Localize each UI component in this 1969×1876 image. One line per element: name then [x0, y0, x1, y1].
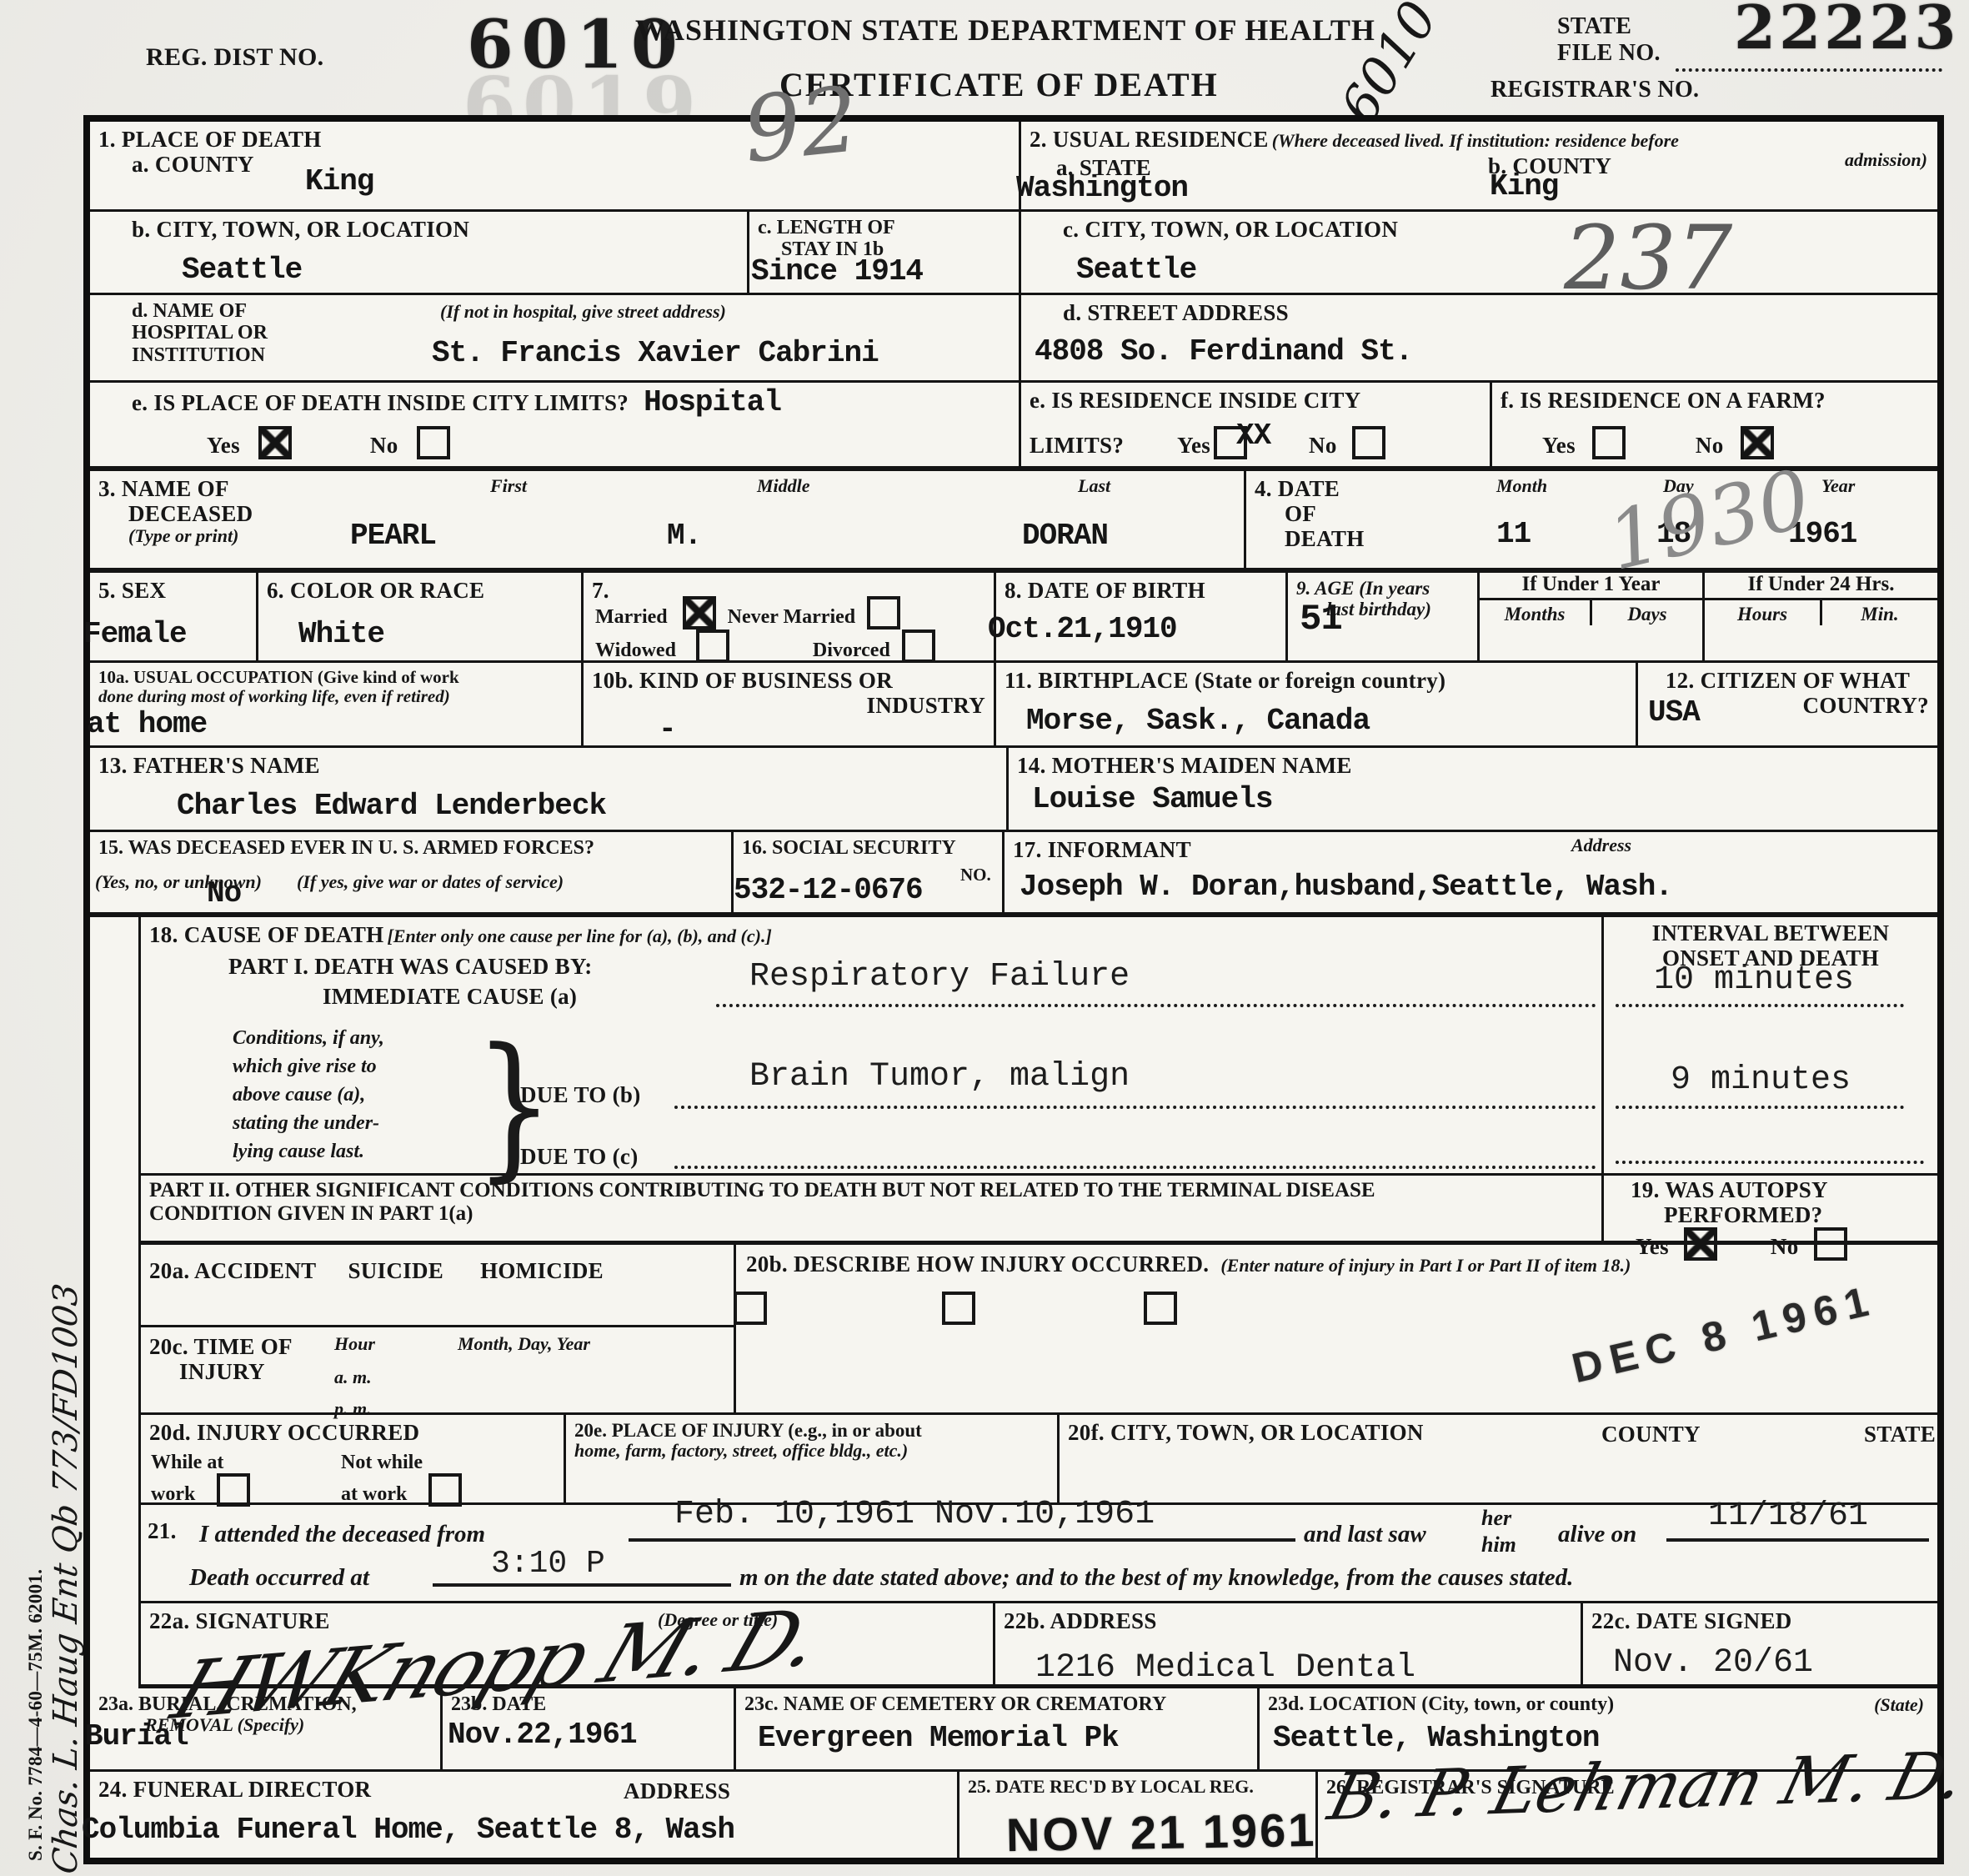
- conditions-line5: lying cause last.: [233, 1137, 384, 1166]
- signature-label: 22a. SIGNATURE: [149, 1608, 330, 1633]
- time-of-injury-label2: INJURY: [179, 1359, 725, 1384]
- cause-label: 18. CAUSE OF DEATH: [149, 922, 383, 947]
- residence-limits-label2: LIMITS?: [1030, 433, 1124, 458]
- hospital-value: St. Francis Xavier Cabrini: [432, 339, 879, 369]
- field-length-of-stay: c. LENGTH OF STAY IN 1b Since 1914: [749, 212, 1021, 293]
- interval-label1: INTERVAL BETWEEN: [1604, 917, 1937, 946]
- autopsy-yes-label: Yes: [1636, 1234, 1669, 1259]
- last-saw-label: and last saw: [1304, 1522, 1426, 1548]
- file-no-label: FILE NO.: [1557, 40, 1661, 66]
- forces-note2: (If yes, give war or dates of service): [297, 872, 564, 892]
- date-signed-label: 22c. DATE SIGNED: [1591, 1608, 1929, 1633]
- residence-county-value: King: [1490, 172, 1558, 202]
- age-label2: last birthday): [1326, 599, 1469, 619]
- interval-a-rule: [1616, 1004, 1904, 1007]
- field-informant: 17. INFORMANT Address Joseph W. Doran,hu…: [1005, 832, 1937, 912]
- mother-value: Louise Samuels: [1032, 785, 1272, 815]
- injury-occurred-label: 20d. INJURY OCCURRED: [149, 1420, 555, 1445]
- interval-c-rule: [1616, 1161, 1924, 1164]
- am-header: a. m.: [334, 1367, 372, 1387]
- informant-address-header: Address: [1571, 835, 1631, 855]
- name-label1: 3. NAME OF: [98, 476, 1235, 501]
- field-residence-city-limits: e. IS RESIDENCE INSIDE CITY LIMITS? YesX…: [1021, 383, 1492, 466]
- hours-header: Hours: [1705, 600, 1820, 625]
- autopsy-label1: 19. WAS AUTOPSY: [1631, 1177, 1931, 1202]
- field-age: 9. AGE (In years last birthday) 51: [1288, 573, 1480, 660]
- reg-dist-label: REG. DIST NO.: [146, 43, 323, 72]
- divorced-label: Divorced: [813, 640, 890, 661]
- conditions-line3: above cause (a),: [233, 1081, 384, 1109]
- age-label1: 9. AGE (In years: [1296, 578, 1469, 599]
- while-at-work-checkbox: [217, 1473, 250, 1507]
- field-date-signed: 22c. DATE SIGNED Nov. 20/61: [1583, 1603, 1937, 1684]
- field-hospital: d. NAME OF HOSPITAL OR INSTITUTION (If n…: [90, 295, 1021, 380]
- cause-c-rule: [674, 1166, 1596, 1169]
- death-limits-no-checkbox: [417, 426, 450, 459]
- last-header: Last: [1078, 476, 1110, 496]
- industry-label2: INDUSTRY: [592, 693, 985, 718]
- birthplace-label: 11. BIRTHPLACE (State or foreign country…: [1005, 668, 1627, 693]
- funeral-address-header: ADDRESS: [624, 1778, 730, 1803]
- months-header: Months: [1480, 600, 1590, 625]
- death-occurred-label: Death occurred at: [189, 1565, 369, 1592]
- suicide-label: SUICIDE: [348, 1258, 443, 1283]
- under-24-hrs-header: If Under 24 Hrs.: [1705, 573, 1937, 600]
- field-death-city-limits: e. IS PLACE OF DEATH INSIDE CITY LIMITS?…: [90, 383, 1021, 466]
- registrars-no-label: REGISTRAR'S NO.: [1491, 77, 1699, 103]
- year-header: Year: [1821, 476, 1855, 496]
- field-residence-city: c. CITY, TOWN, OR LOCATION Seattle: [1021, 212, 1937, 293]
- residence-limits-no-label: No: [1309, 433, 1337, 458]
- medical-cert-strip: [90, 917, 141, 1688]
- field-date-received: 25. DATE REC'D BY LOCAL REG. NOV 21 1961: [959, 1772, 1318, 1858]
- field-cemetery: 23c. NAME OF CEMETERY OR CREMATORY Everg…: [736, 1688, 1260, 1769]
- divorced-checkbox: [902, 630, 935, 663]
- received-stamp-dec8: DEC 8 1961: [1567, 1276, 1881, 1392]
- cemetery-label: 23c. NAME OF CEMETERY OR CREMATORY: [744, 1693, 1249, 1715]
- due-to-b-label: DUE TO (b): [520, 1082, 641, 1107]
- race-value: White: [298, 619, 384, 650]
- attended-from-value: Feb. 10,1961 Nov.10,1961: [674, 1498, 1155, 1532]
- conditions-line1: Conditions, if any,: [233, 1024, 384, 1052]
- residence-city-label: c. CITY, TOWN, OR LOCATION: [1063, 217, 1929, 242]
- never-married-label: Never Married: [728, 606, 855, 628]
- death-limits-yes-checkbox: [258, 426, 292, 459]
- time-of-injury-label1: 20c. TIME OF: [149, 1334, 725, 1359]
- field-time-of-injury: 20c. TIME OF INJURY Hour a. m. p. m. Mon…: [141, 1327, 734, 1412]
- certificate-form: 1. PLACE OF DEATH a. COUNTY King 2. USUA…: [83, 115, 1944, 1864]
- accident-column: 20a. ACCIDENT SUICIDE HOMICIDE 20c. TIME…: [141, 1245, 736, 1412]
- field-mother-name: 14. MOTHER'S MAIDEN NAME Louise Samuels: [1009, 748, 1937, 830]
- interval-b-value: 9 minutes: [1671, 1064, 1851, 1097]
- cause-area: 18. CAUSE OF DEATH [Enter only one cause…: [141, 917, 1604, 1173]
- city-value: Seattle: [182, 255, 302, 285]
- place-of-death-label: 1. PLACE OF DEATH: [98, 127, 1010, 152]
- medical-certification-block: 18. CAUSE OF DEATH [Enter only one cause…: [90, 917, 1937, 1688]
- hospital-value2: Hospital: [644, 385, 781, 419]
- interval-a-value: 10 minutes: [1654, 964, 1854, 997]
- field-father-name: 13. FATHER'S NAME Charles Edward Lenderb…: [90, 748, 1009, 830]
- row-injury-type: 20a. ACCIDENT SUICIDE HOMICIDE 20c. TIME…: [141, 1245, 1937, 1415]
- attended-num: 21.: [148, 1518, 177, 1543]
- mother-label: 14. MOTHER'S MAIDEN NAME: [1017, 753, 1929, 778]
- row-personal: 5. SEX Female 6. COLOR OR RACE White 7. …: [90, 573, 1937, 663]
- usual-residence-note: (Where deceased lived. If institution: r…: [1272, 130, 1679, 151]
- attended-rule2: [1666, 1538, 1929, 1542]
- field-place-of-death: 1. PLACE OF DEATH a. COUNTY King: [90, 122, 1021, 209]
- row-occupation: 10a. USUAL OCCUPATION (Give kind of work…: [90, 663, 1937, 748]
- certifier-address-label: 22b. ADDRESS: [1004, 1608, 1572, 1633]
- death-limits-no-label: No: [370, 433, 398, 458]
- married-checkbox: [683, 596, 716, 630]
- death-month-value: 11: [1496, 519, 1531, 549]
- him-label: him: [1481, 1533, 1516, 1557]
- field-name-of-deceased: 3. NAME OF DECEASED (Type or print) Firs…: [90, 471, 1246, 568]
- residence-limits-yes-mark: XX: [1236, 421, 1270, 451]
- alive-on-label: alive on: [1558, 1522, 1636, 1548]
- field-birthplace: 11. BIRTHPLACE (State or foreign country…: [996, 663, 1638, 745]
- injury-state-header: STATE: [1864, 1422, 1936, 1447]
- field-date-of-death: 4. DATE OF DEATH Month Day Year 11 18 19…: [1246, 471, 1937, 568]
- date-received-stamp: NOV 21 1961: [1005, 1803, 1316, 1862]
- length-of-stay-value: Since 1914: [751, 257, 923, 287]
- month-header: Month: [1496, 476, 1547, 496]
- death-time-value: 3:10 P: [491, 1548, 605, 1580]
- interval-b-rule: [1616, 1106, 1904, 1109]
- date-signed-value: Nov. 20/61: [1613, 1647, 1813, 1680]
- death-time-rule: [433, 1583, 731, 1587]
- cause-b-rule: [674, 1106, 1596, 1109]
- industry-label1: 10b. KIND OF BUSINESS OR: [592, 668, 985, 693]
- state-file-label: STATE: [1557, 13, 1631, 39]
- sex-label: 5. SEX: [98, 578, 248, 603]
- conditions-line4: stating the under-: [233, 1109, 384, 1137]
- conditions-note: Conditions, if any, which give rise to a…: [233, 1024, 384, 1166]
- cause-a-rule: [716, 1004, 1596, 1007]
- county-value: King: [305, 167, 373, 197]
- residence-limits-yes-label: Yes: [1177, 433, 1210, 458]
- file-no-rule: [1676, 68, 1942, 72]
- row-attended: 21. I attended the deceased from Feb. 10…: [141, 1505, 1937, 1603]
- street-address-value: 4808 So. Ferdinand St.: [1035, 337, 1412, 367]
- county-label: a. COUNTY: [132, 152, 1010, 177]
- mdy-header: Month, Day, Year: [458, 1334, 590, 1354]
- first-name-value: PEARL: [350, 521, 436, 551]
- residence-limits-no-checkbox: [1352, 426, 1385, 459]
- hospital-note: (If not in hospital, give street address…: [440, 302, 726, 322]
- dob-value: Oct.21,1910: [988, 614, 1177, 645]
- informant-label: 17. INFORMANT: [1013, 837, 1929, 862]
- ssn-value: 532-12-0676: [734, 875, 923, 905]
- place-of-injury-label1: 20e. PLACE OF INJURY (e.g., in or about: [574, 1420, 1049, 1441]
- residence-limits-label: e. IS RESIDENCE INSIDE CITY: [1030, 388, 1481, 413]
- field-under-1-year: If Under 1 Year Months Days: [1480, 573, 1705, 660]
- row-forces-ssn-informant: 15. WAS DECEASED EVER IN U. S. ARMED FOR…: [90, 832, 1937, 917]
- field-describe-injury: 20b. DESCRIBE HOW INJURY OCCURRED. (Ente…: [736, 1245, 1937, 1412]
- not-while-at-work-checkbox: [428, 1473, 462, 1507]
- death-limits-yes-label: Yes: [207, 433, 240, 458]
- ssn-label2: NO.: [960, 865, 991, 885]
- immediate-cause-label: IMMEDIATE CAUSE (a): [323, 984, 577, 1009]
- field-residence-farm: f. IS RESIDENCE ON A FARM? Yes No: [1492, 383, 1937, 466]
- field-place-of-injury: 20e. PLACE OF INJURY (e.g., in or about …: [566, 1415, 1060, 1502]
- field-funeral-director: 24. FUNERAL DIRECTOR ADDRESS Columbia Fu…: [90, 1772, 959, 1858]
- usual-residence-note2: admission): [1845, 150, 1927, 170]
- autopsy-no-checkbox: [1814, 1227, 1847, 1261]
- citizen-value: USA: [1648, 698, 1700, 728]
- occupation-label2: done during most of working life, even i…: [98, 687, 573, 706]
- city-label: b. CITY, TOWN, OR LOCATION: [132, 217, 739, 242]
- age-value: 51: [1300, 601, 1342, 638]
- field-race: 6. COLOR OR RACE White: [258, 573, 584, 660]
- accident-label: 20a. ACCIDENT: [149, 1258, 316, 1283]
- first-header: First: [490, 476, 527, 496]
- autopsy-no-label: No: [1771, 1234, 1799, 1259]
- never-married-checkbox: [867, 596, 900, 630]
- describe-injury-note: (Enter nature of injury in Part I or Par…: [1220, 1255, 1631, 1276]
- informant-value: Joseph W. Doran,husband,Seattle, Wash.: [1020, 872, 1672, 902]
- field-date-of-birth: 8. DATE OF BIRTH Oct.21,1910: [996, 573, 1288, 660]
- usual-residence-label: 2. USUAL RESIDENCE: [1030, 127, 1269, 152]
- citizen-label1: 12. CITIZEN OF WHAT: [1646, 668, 1929, 693]
- alive-on-value: 11/18/61: [1708, 1500, 1868, 1533]
- row-part2-autopsy: PART II. OTHER SIGNIFICANT CONDITIONS CO…: [141, 1176, 1937, 1245]
- place-of-injury-label2: home, farm, factory, street, office bldg…: [574, 1441, 1049, 1461]
- burial-state-note: (State): [1874, 1695, 1924, 1715]
- interval-column: INTERVAL BETWEEN ONSET AND DEATH 10 minu…: [1604, 917, 1937, 1173]
- her-label: her: [1481, 1507, 1511, 1531]
- work-label: work: [151, 1483, 195, 1505]
- attended-rule1: [629, 1538, 1295, 1542]
- part2-label2: CONDITION GIVEN IN PART 1(a): [149, 1202, 1593, 1226]
- autopsy-yes-checkbox: [1684, 1227, 1717, 1261]
- field-usual-residence: 2. USUAL RESIDENCE (Where deceased lived…: [1021, 122, 1937, 209]
- row-limits-farm: e. IS PLACE OF DEATH INSIDE CITY LIMITS?…: [90, 383, 1937, 471]
- death-city-limits-label: e. IS PLACE OF DEATH INSIDE CITY LIMITS?: [132, 390, 629, 415]
- field-armed-forces: 15. WAS DECEASED EVER IN U. S. ARMED FOR…: [90, 832, 734, 912]
- row-parents: 13. FATHER'S NAME Charles Edward Lenderb…: [90, 748, 1937, 832]
- part1-label: PART I. DEATH WAS CAUSED BY:: [228, 954, 593, 979]
- burial-date-value: Nov.22,1961: [448, 1720, 637, 1750]
- row-place-residence: 1. PLACE OF DEATH a. COUNTY King 2. USUA…: [90, 122, 1937, 212]
- margin-handwritten-note: Chas. L. Haug Ent Qb 773/FD1003: [47, 1282, 85, 1876]
- occupation-label1: 10a. USUAL OCCUPATION (Give kind of work: [98, 668, 573, 687]
- handwritten-92: 92: [739, 68, 864, 183]
- form-number-vertical: S. F. No. 7784—4-60—75M. 62001.: [25, 1569, 47, 1861]
- cause-b-value: Brain Tumor, malign: [749, 1061, 1130, 1094]
- dob-label: 8. DATE OF BIRTH: [1005, 578, 1277, 603]
- part2-area: PART II. OTHER SIGNIFICANT CONDITIONS CO…: [141, 1176, 1604, 1241]
- due-to-c-label: DUE TO (c): [520, 1144, 639, 1169]
- autopsy-field: 19. WAS AUTOPSY PERFORMED? Yes No: [1604, 1176, 1937, 1262]
- middle-name-value: M.: [667, 521, 701, 551]
- father-value: Charles Edward Lenderbeck: [177, 791, 606, 821]
- field-marital-status: 7. Married Never Married Widowed Divorce…: [584, 573, 996, 660]
- birthplace-value: Morse, Sask., Canada: [1026, 706, 1370, 736]
- farm-label: f. IS RESIDENCE ON A FARM?: [1501, 388, 1929, 413]
- length-of-stay-label: c. LENGTH OF: [758, 217, 1010, 238]
- date-received-label: 25. DATE REC'D BY LOCAL REG.: [968, 1777, 1307, 1797]
- injury-city-label: 20f. CITY, TOWN, OR LOCATION: [1068, 1420, 1424, 1445]
- funeral-director-value: Columbia Funeral Home, Seattle 8, Wash: [82, 1815, 734, 1845]
- father-label: 13. FATHER'S NAME: [98, 753, 998, 778]
- row-injury-where: 20d. INJURY OCCURRED While at work Not w…: [141, 1415, 1937, 1505]
- death-certificate-page: REG. DIST NO. 6010 6019 WASHINGTON STATE…: [0, 0, 1969, 1876]
- field-injury-occurred: 20d. INJURY OCCURRED While at work Not w…: [141, 1415, 566, 1502]
- burial-location-label: 23d. LOCATION (City, town, or county): [1268, 1693, 1614, 1715]
- cause-a-value: Respiratory Failure: [749, 961, 1130, 994]
- dept-title: WASHINGTON STATE DEPARTMENT OF HEALTH: [635, 13, 1375, 47]
- field-city-of-death: b. CITY, TOWN, OR LOCATION Seattle: [90, 212, 749, 293]
- conditions-line2: which give rise to: [233, 1052, 384, 1081]
- field-sex: 5. SEX Female: [90, 573, 258, 660]
- min-header: Min.: [1820, 600, 1937, 625]
- describe-injury-label: 20b. DESCRIBE HOW INJURY OCCURRED.: [746, 1252, 1209, 1277]
- residence-city-value: Seattle: [1076, 255, 1196, 285]
- row-cause-of-death: 18. CAUSE OF DEATH [Enter only one cause…: [141, 917, 1937, 1176]
- widowed-checkbox: [696, 630, 729, 663]
- cemetery-value: Evergreen Memorial Pk: [758, 1723, 1119, 1753]
- at-work-label: at work: [341, 1483, 407, 1505]
- field-occupation: 10a. USUAL OCCUPATION (Give kind of work…: [90, 663, 584, 745]
- ssn-label: 16. SOCIAL SECURITY: [742, 837, 994, 859]
- farm-yes-checkbox: [1592, 426, 1626, 459]
- field-accident: 20a. ACCIDENT SUICIDE HOMICIDE: [141, 1245, 734, 1327]
- forces-label: 15. WAS DECEASED EVER IN U. S. ARMED FOR…: [98, 837, 723, 859]
- forces-value: No: [207, 879, 241, 909]
- field-street-address: d. STREET ADDRESS 4808 So. Ferdinand St.: [1021, 295, 1937, 380]
- days-header: Days: [1590, 600, 1702, 625]
- occupation-value: at home: [87, 710, 207, 740]
- field-citizenship: 12. CITIZEN OF WHAT COUNTRY? USA: [1638, 663, 1937, 745]
- field-certifier-address: 22b. ADDRESS 1216 Medical Dental: [995, 1603, 1583, 1684]
- autopsy-label2: PERFORMED?: [1664, 1202, 1931, 1227]
- cause-note: [Enter only one cause per line for (a), …: [387, 925, 771, 946]
- burial-location-value: Seattle, Washington: [1273, 1723, 1599, 1753]
- field-industry: 10b. KIND OF BUSINESS OR INDUSTRY -: [584, 663, 996, 745]
- farm-no-label: No: [1696, 433, 1724, 458]
- not-while-label: Not while: [341, 1452, 423, 1473]
- middle-header: Middle: [757, 476, 810, 496]
- widowed-label: Widowed: [595, 640, 676, 661]
- field-ssn: 16. SOCIAL SECURITY NO. 532-12-0676: [734, 832, 1005, 912]
- certifier-address-value: 1216 Medical Dental: [1035, 1652, 1415, 1685]
- funeral-director-label: 24. FUNERAL DIRECTOR: [98, 1777, 371, 1802]
- industry-value: -: [659, 715, 676, 745]
- sex-value: Female: [83, 619, 187, 650]
- part2-label1: PART II. OTHER SIGNIFICANT CONDITIONS CO…: [149, 1179, 1593, 1202]
- handwritten-237: 237: [1564, 207, 1732, 309]
- married-label: Married: [595, 606, 668, 628]
- race-label: 6. COLOR OR RACE: [267, 578, 573, 603]
- state-file-number: 22223: [1734, 0, 1960, 63]
- homicide-label: HOMICIDE: [480, 1258, 604, 1283]
- field-injury-city: 20f. CITY, TOWN, OR LOCATION COUNTY STAT…: [1060, 1415, 1937, 1502]
- attended-tail: m on the date stated above; and to the b…: [739, 1565, 1573, 1592]
- while-at-label: While at: [151, 1452, 223, 1473]
- last-name-value: DORAN: [1022, 521, 1108, 551]
- injury-county-header: COUNTY: [1601, 1422, 1701, 1447]
- farm-yes-label: Yes: [1542, 433, 1576, 458]
- field-under-24-hrs: If Under 24 Hrs. Hours Min.: [1705, 573, 1937, 660]
- hour-header: Hour: [334, 1334, 375, 1354]
- attended-label: I attended the deceased from: [199, 1522, 485, 1548]
- street-address-label: d. STREET ADDRESS: [1063, 300, 1929, 325]
- residence-state-value: Washington: [1016, 173, 1188, 203]
- farm-no-checkbox: [1741, 426, 1774, 459]
